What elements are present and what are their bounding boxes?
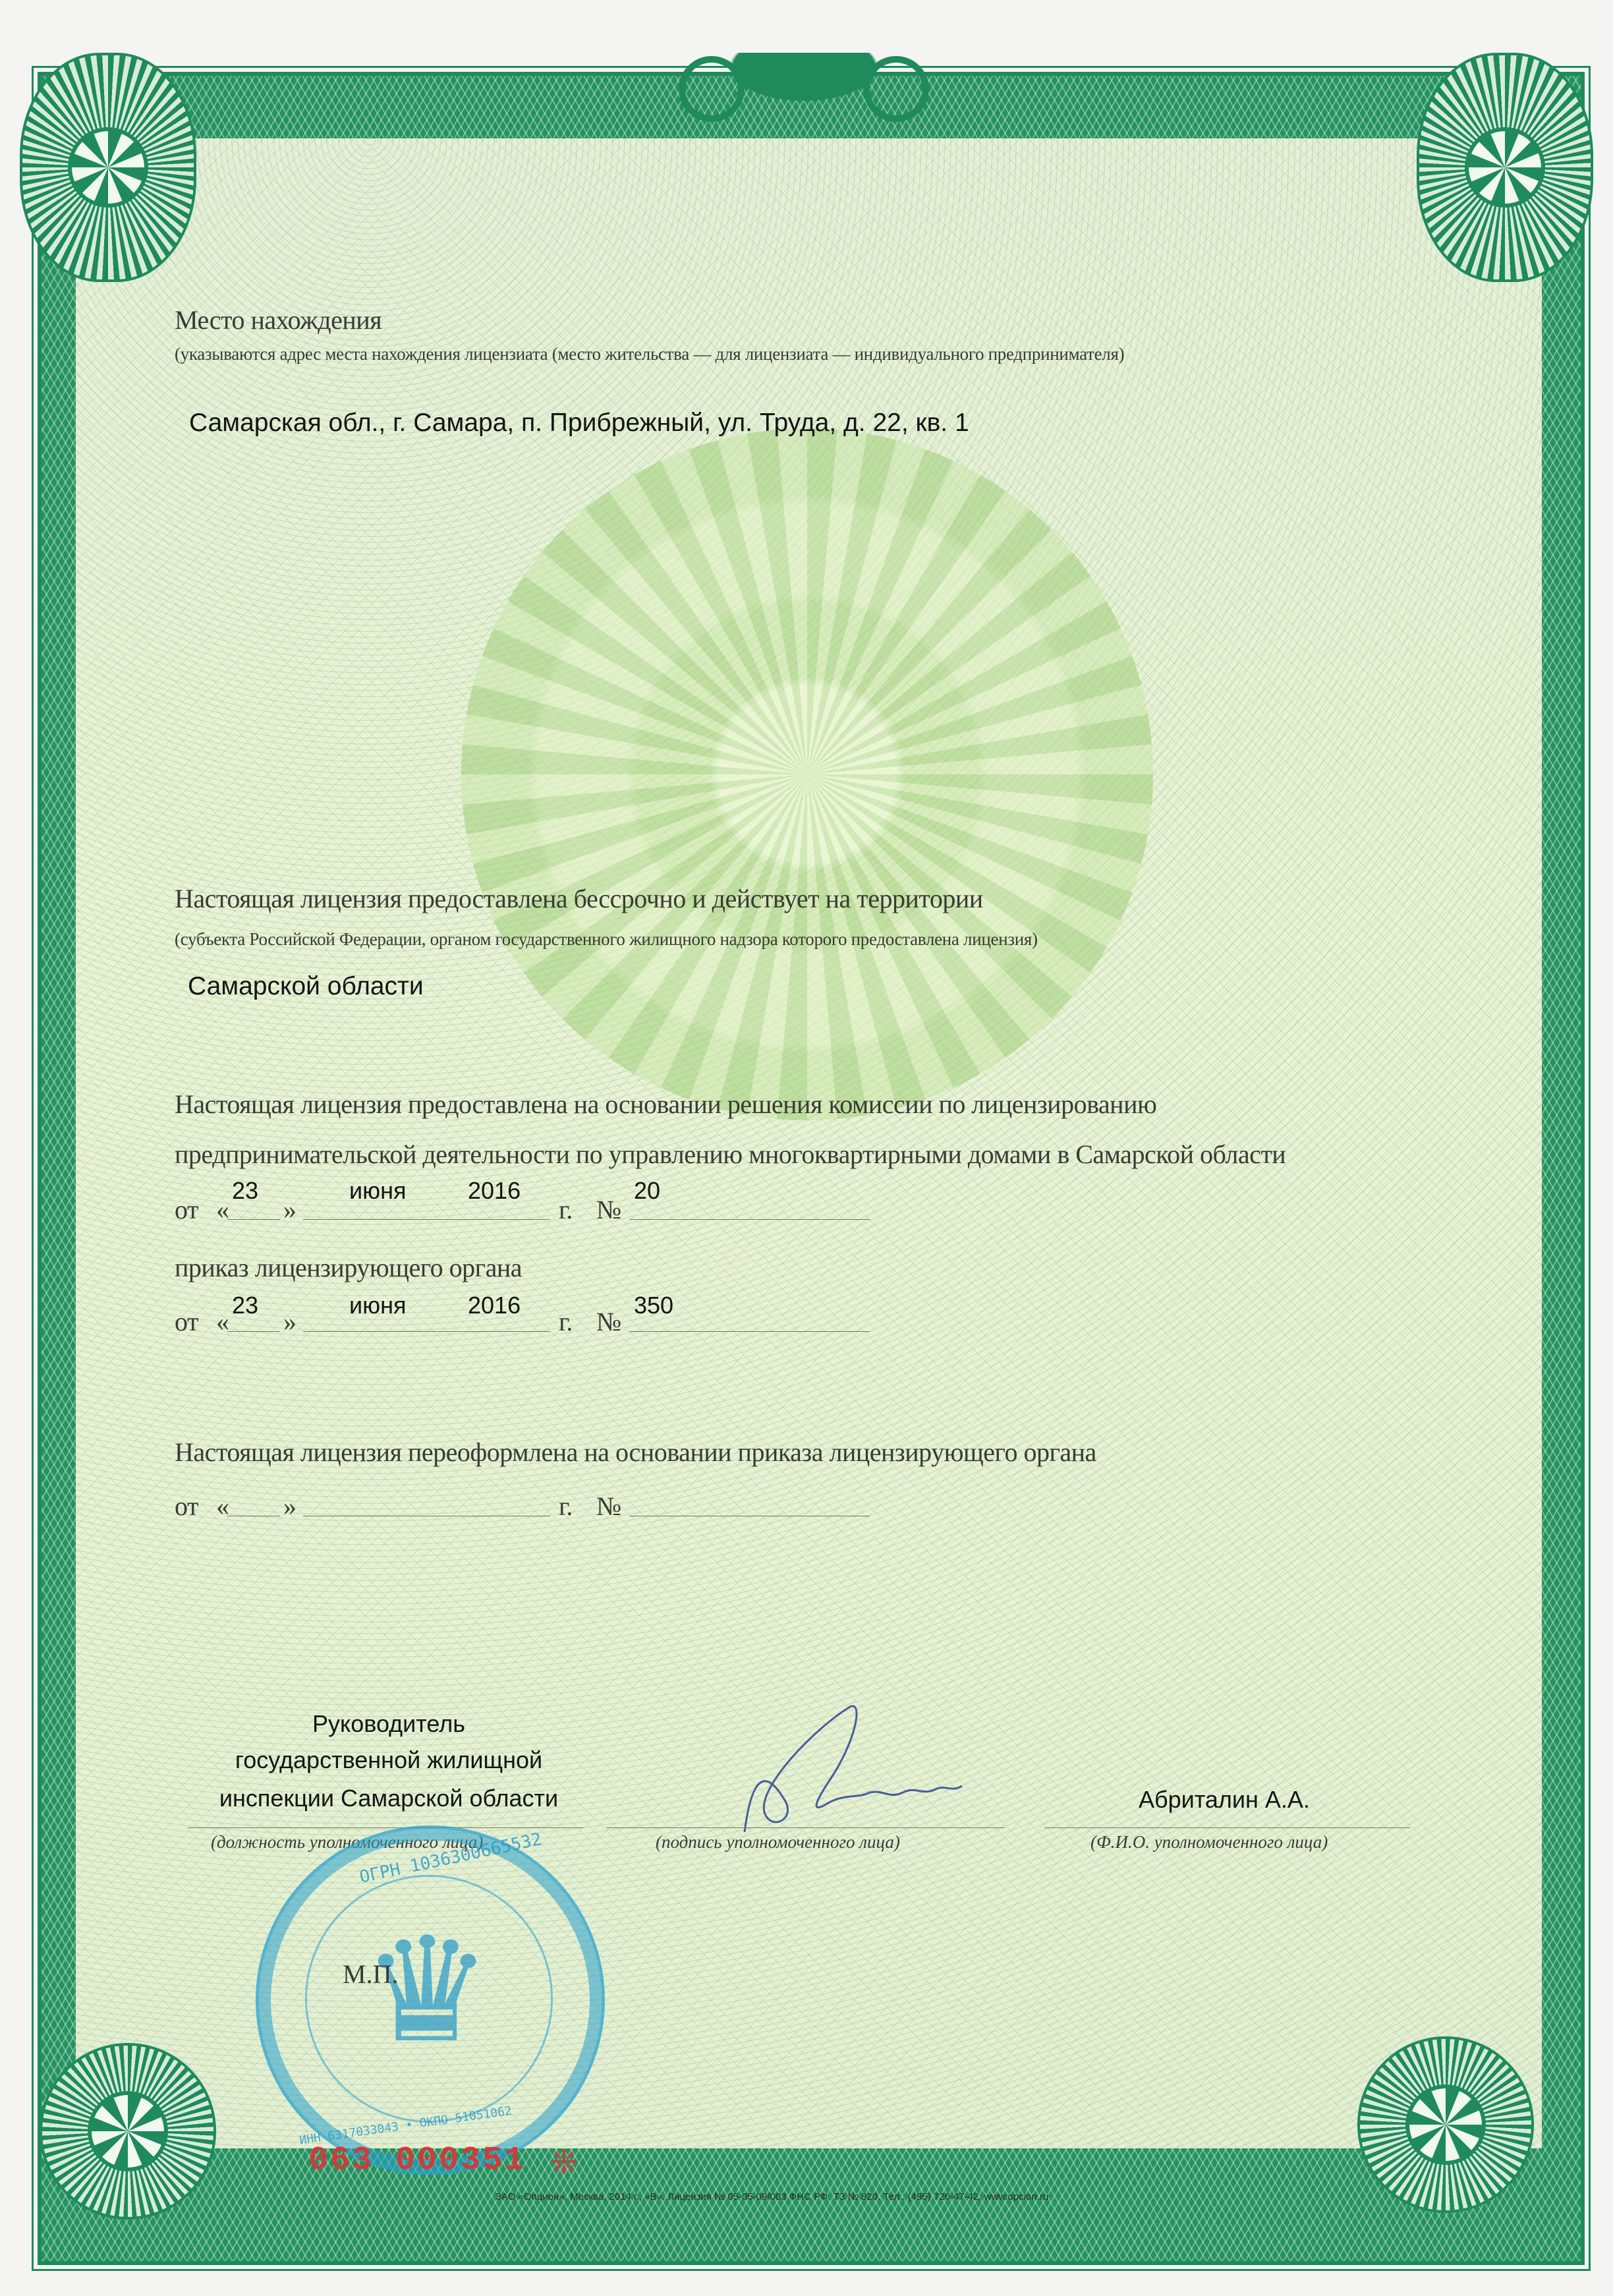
order-open-quote: « bbox=[216, 1306, 229, 1337]
position-line-2: государственной жилищной bbox=[198, 1746, 580, 1774]
reissue-open-quote: « bbox=[216, 1491, 229, 1522]
decision-open-quote: « bbox=[216, 1194, 229, 1225]
official-seal-stamp: ♛ ОГРН 1036300665532 ИНН 6317033043 • ОК… bbox=[256, 1825, 605, 2175]
order-day: 23 bbox=[232, 1292, 258, 1319]
territory-value: Самарской области bbox=[188, 972, 424, 1001]
reissue-number-line bbox=[629, 1516, 870, 1516]
serial-mark-icon: ❊ bbox=[550, 2143, 578, 2181]
decision-month: июня bbox=[349, 1177, 406, 1205]
decision-close-quote: » bbox=[283, 1194, 297, 1225]
order-number-line bbox=[629, 1331, 870, 1332]
reissue-day-line bbox=[227, 1516, 280, 1516]
coat-of-arms-eagle-icon: ♛ bbox=[348, 1891, 506, 2089]
decision-year-suffix: г. bbox=[559, 1194, 573, 1225]
territory-hint: (субъекта Российской Федерации, органом … bbox=[175, 929, 1038, 950]
territory-heading: Настоящая лицензия предоставлена бессроч… bbox=[175, 883, 983, 914]
signatory-name: Абриталин А.А. bbox=[1139, 1786, 1310, 1814]
reissue-number-sign: № bbox=[596, 1491, 621, 1522]
signature-caption: (подпись уполномоченного лица) bbox=[656, 1832, 900, 1852]
order-number-sign: № bbox=[596, 1306, 621, 1337]
serial-number: 063 000351 bbox=[308, 2142, 526, 2179]
signature-line bbox=[606, 1827, 1005, 1828]
order-from-label: от bbox=[175, 1306, 198, 1337]
corner-rosette-top-left-icon bbox=[20, 53, 196, 282]
corner-rosette-top-right-icon bbox=[1417, 53, 1593, 282]
printer-imprint: ЗАО «Опцион», Москва, 2014 г., «В». Лице… bbox=[495, 2191, 1048, 2202]
order-day-line bbox=[227, 1331, 280, 1332]
basis-line-2: предпринимательской деятельности по упра… bbox=[175, 1139, 1286, 1170]
decision-number: 20 bbox=[634, 1177, 660, 1205]
top-ornament-icon bbox=[679, 53, 929, 125]
decision-day: 23 bbox=[232, 1177, 258, 1205]
order-month: июня bbox=[349, 1292, 406, 1319]
location-hint: (указываются адрес места нахождения лице… bbox=[175, 344, 1124, 364]
position-line-3: инспекции Самарской области bbox=[198, 1785, 580, 1812]
decision-number-line bbox=[629, 1219, 870, 1220]
order-label: приказ лицензирующего органа bbox=[175, 1252, 522, 1283]
position-line-1: Руководитель bbox=[198, 1710, 580, 1738]
signature-icon bbox=[725, 1700, 1002, 1845]
order-close-quote: » bbox=[283, 1306, 297, 1337]
location-heading: Место нахождения bbox=[175, 304, 382, 335]
decision-year: 2016 bbox=[468, 1177, 521, 1205]
center-rosette-watermark bbox=[461, 428, 1153, 1120]
seal-place-label: М.П. bbox=[343, 1959, 398, 1990]
decision-from-label: от bbox=[175, 1194, 198, 1225]
reissue-month-line bbox=[303, 1516, 550, 1516]
name-caption: (Ф.И.О. уполномоченного лица) bbox=[1090, 1832, 1328, 1852]
decision-month-line bbox=[303, 1219, 550, 1220]
order-number: 350 bbox=[634, 1292, 673, 1319]
reissue-year-suffix: г. bbox=[559, 1491, 573, 1522]
order-year: 2016 bbox=[468, 1292, 521, 1319]
corner-flower-bottom-right-icon bbox=[1357, 2036, 1534, 2213]
basis-line-1: Настоящая лицензия предоставлена на осно… bbox=[175, 1089, 1156, 1120]
decision-number-sign: № bbox=[596, 1194, 621, 1225]
location-value: Самарская обл., г. Самара, п. Прибрежный… bbox=[189, 409, 969, 438]
reissue-heading: Настоящая лицензия переоформлена на осно… bbox=[175, 1437, 1096, 1468]
order-year-suffix: г. bbox=[559, 1306, 573, 1337]
corner-flower-bottom-left-icon bbox=[40, 2043, 216, 2220]
order-month-line bbox=[303, 1331, 550, 1332]
reissue-from-label: от bbox=[175, 1491, 198, 1522]
reissue-close-quote: » bbox=[283, 1491, 297, 1522]
decision-day-line bbox=[227, 1219, 280, 1220]
position-line bbox=[188, 1827, 583, 1828]
name-line bbox=[1044, 1827, 1410, 1828]
